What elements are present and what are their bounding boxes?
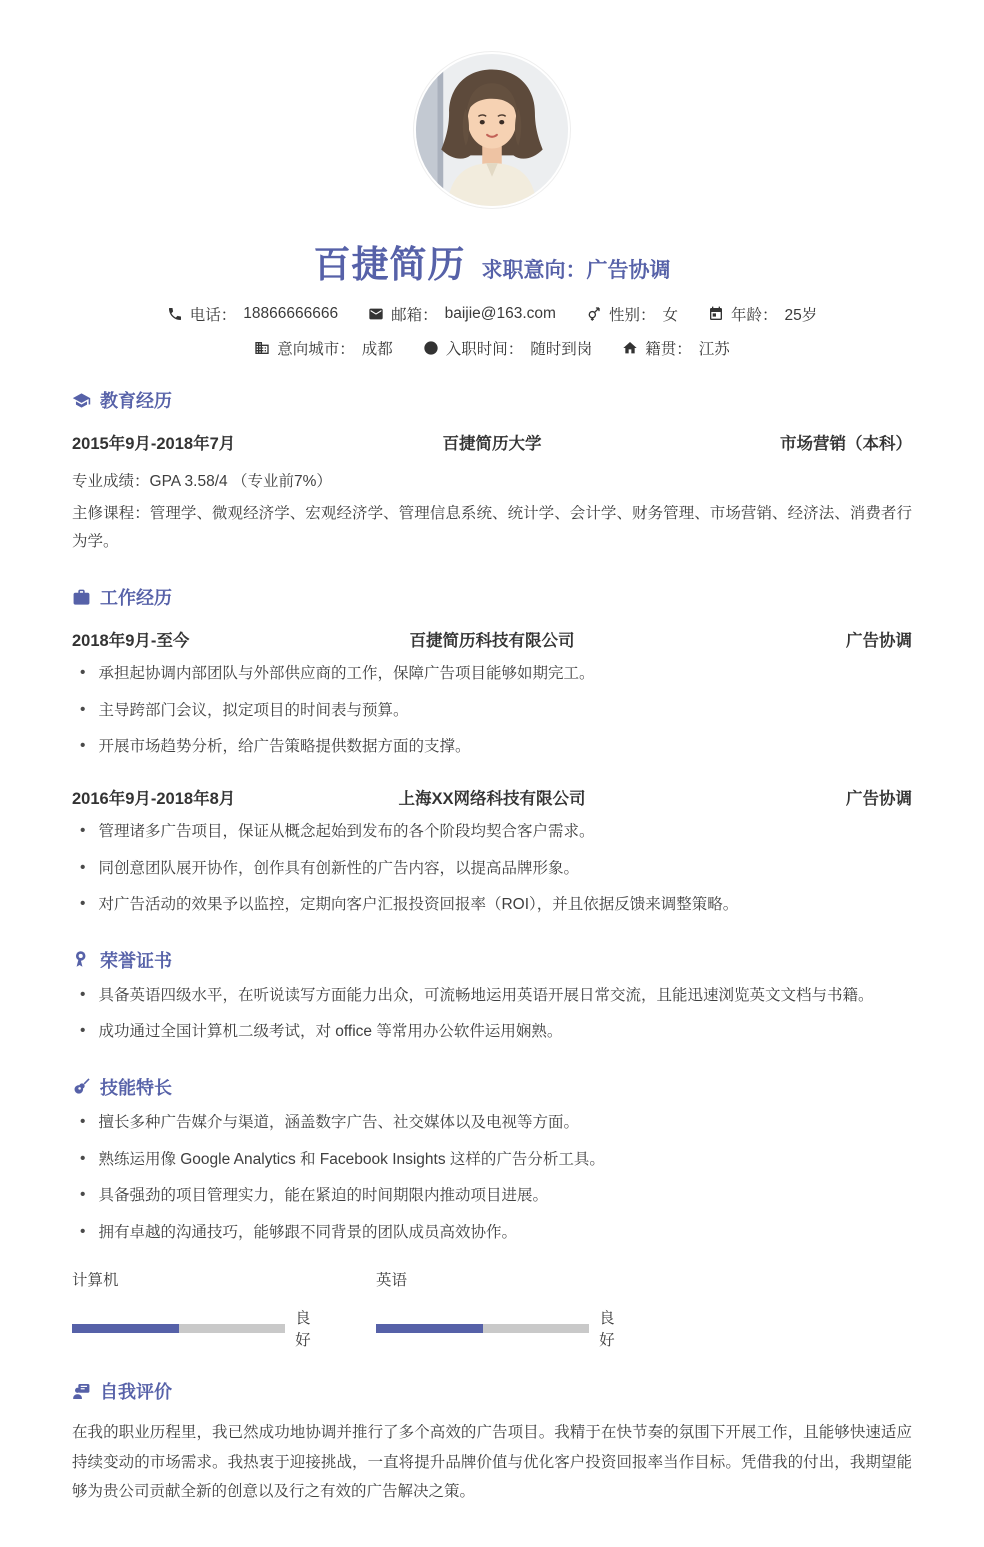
- bullet-dot: •: [80, 1108, 85, 1136]
- education-school: 百捷简历大学: [352, 430, 632, 454]
- education-row: 2015年9月-2018年7月 百捷简历大学 市场营销（本科）: [72, 430, 912, 454]
- skill-bullet: •熟练运用像 Google Analytics 和 Facebook Insig…: [72, 1146, 912, 1174]
- job-bullet: •同创意团队展开协作，创作具有创新性的广告内容，以提高品牌形象。: [72, 855, 912, 883]
- section-self-evaluation: 自我评价 在我的职业历程里，我已然成功地协调并推行了多个高效的广告项目。我精于在…: [72, 1378, 912, 1506]
- bullet-text: 成功通过全国计算机二级考试，对 office 等常用办公软件运用娴熟。: [98, 1023, 562, 1040]
- contact-value: 女: [662, 303, 678, 325]
- score-value: GPA 3.58/4 （专业前7%）: [150, 473, 332, 490]
- job-role: 广告协调: [632, 785, 912, 809]
- bullet-text: 擅长多种广告媒介与渠道，涵盖数字广告、社交媒体以及电视等方面。: [98, 1114, 579, 1131]
- bullet-dot: •: [80, 981, 85, 1009]
- contact-hometown: 籍贯：江苏: [622, 337, 730, 359]
- medal-icon: [72, 950, 91, 969]
- contact-value: 江苏: [699, 337, 730, 359]
- resume-page: 百捷简历 求职意向：广告协调 电话：18866666666 邮箱：baijie@…: [0, 52, 984, 1547]
- job-bullet: •开展市场趋势分析，给广告策略提供数据方面的支撑。: [72, 733, 912, 761]
- bullet-dot: •: [80, 854, 85, 882]
- building-icon: [254, 340, 270, 356]
- bullet-dot: •: [80, 1181, 85, 1209]
- section-education-header: 教育经历: [72, 387, 912, 413]
- education-courses-line: 主修课程：管理学、微观经济学、宏观经济学、管理信息系统、统计学、会计学、财务管理…: [72, 500, 912, 556]
- contact-value: 18866666666: [243, 305, 338, 323]
- section-title: 工作经历: [100, 584, 172, 610]
- home-icon: [622, 340, 638, 356]
- contact-label: 年龄：: [731, 303, 778, 325]
- contact-email: 邮箱：baijie@163.com: [368, 303, 556, 325]
- bullet-text: 承担起协调内部团队与外部供应商的工作，保障广告项目能够如期完工。: [98, 665, 594, 682]
- skill-bar-track: [72, 1324, 285, 1333]
- contact-row-1: 电话：18866666666 邮箱：baijie@163.com 性别：女 年龄…: [72, 303, 912, 325]
- profile-photo: [414, 52, 570, 208]
- section-education: 教育经历 2015年9月-2018年7月 百捷简历大学 市场营销（本科） 专业成…: [72, 387, 912, 556]
- section-work-header: 工作经历: [72, 584, 912, 610]
- bullet-dot: •: [80, 1218, 85, 1246]
- contact-label: 电话：: [190, 303, 237, 325]
- calendar-icon: [708, 306, 724, 322]
- bullet-text: 拥有卓越的沟通技巧，能够跟不同背景的团队成员高效协作。: [98, 1224, 517, 1241]
- guitar-icon: [72, 1077, 91, 1096]
- section-skills: 技能特长 •擅长多种广告媒介与渠道，涵盖数字广告、社交媒体以及电视等方面。 •熟…: [72, 1074, 912, 1350]
- job-bullet: •对广告活动的效果予以监控，定期向客户汇报投资回报率（ROI），并且依据反馈来调…: [72, 891, 912, 919]
- skill-bar-english: 英语 良好: [376, 1268, 630, 1350]
- skill-bullet: •擅长多种广告媒介与渠道，涵盖数字广告、社交媒体以及电视等方面。: [72, 1109, 912, 1137]
- contact-value: 25岁: [785, 303, 818, 325]
- contact-label: 性别：: [609, 303, 656, 325]
- section-skills-header: 技能特长: [72, 1074, 912, 1100]
- bullet-dot: •: [80, 659, 85, 687]
- job-company: 上海XX网络科技有限公司: [352, 785, 632, 809]
- phone-icon: [167, 306, 183, 322]
- education-score-line: 专业成绩：GPA 3.58/4 （专业前7%）: [72, 468, 912, 496]
- contact-value: 成都: [362, 337, 393, 359]
- mail-icon: [368, 306, 384, 322]
- contact-city: 意向城市：成都: [254, 337, 393, 359]
- candidate-name: 百捷简历: [314, 234, 466, 288]
- skill-bar-track: [376, 1324, 589, 1333]
- section-title: 自我评价: [100, 1378, 172, 1404]
- job-row: 2018年9月-至今 百捷简历科技有限公司 广告协调: [72, 627, 912, 651]
- job-bullet: •主导跨部门会议，拟定项目的时间表与预算。: [72, 697, 912, 725]
- honor-bullet: •具备英语四级水平，在听说读写方面能力出众，可流畅地运用英语开展日常交流，且能迅…: [72, 982, 912, 1010]
- contact-label: 入职时间：: [446, 337, 524, 359]
- skill-bar-name: 英语: [376, 1268, 630, 1290]
- job-company: 百捷简历科技有限公司: [352, 627, 632, 651]
- contact-gender: 性别：女: [586, 303, 678, 325]
- contact-phone: 电话：18866666666: [167, 303, 338, 325]
- contact-age: 年龄：25岁: [708, 303, 817, 325]
- skill-bars: 计算机 良好 英语 良好: [72, 1268, 912, 1350]
- clock-icon: [423, 340, 439, 356]
- job-intent: 求职意向：广告协调: [482, 254, 671, 284]
- bullet-text: 主导跨部门会议，拟定项目的时间表与预算。: [98, 702, 408, 719]
- courses-value: 管理学、微观经济学、宏观经济学、管理信息系统、统计学、会计学、财务管理、市场营销…: [72, 505, 912, 550]
- section-title: 荣誉证书: [100, 947, 172, 973]
- skill-bullet: •拥有卓越的沟通技巧，能够跟不同背景的团队成员高效协作。: [72, 1219, 912, 1247]
- score-label: 专业成绩：: [72, 473, 150, 490]
- education-major: 市场营销（本科）: [632, 430, 912, 454]
- skill-bar-level: 良好: [599, 1306, 630, 1350]
- section-honors-header: 荣誉证书: [72, 947, 912, 973]
- job-role: 广告协调: [632, 627, 912, 651]
- section-title: 教育经历: [100, 387, 172, 413]
- courses-label: 主修课程：: [72, 505, 150, 522]
- honor-bullet: •成功通过全国计算机二级考试，对 office 等常用办公软件运用娴熟。: [72, 1018, 912, 1046]
- contact-start-time: 入职时间：随时到岗: [423, 337, 593, 359]
- graduation-cap-icon: [72, 391, 91, 410]
- skill-bar-fill: [376, 1324, 483, 1333]
- contact-label: 意向城市：: [277, 337, 355, 359]
- section-honors: 荣誉证书 •具备英语四级水平，在听说读写方面能力出众，可流畅地运用英语开展日常交…: [72, 947, 912, 1046]
- bullet-text: 对广告活动的效果予以监控，定期向客户汇报投资回报率（ROI），并且依据反馈来调整…: [98, 896, 738, 913]
- skill-bar-name: 计算机: [72, 1268, 326, 1290]
- briefcase-icon: [72, 588, 91, 607]
- contact-label: 邮箱：: [391, 303, 438, 325]
- section-work: 工作经历 2018年9月-至今 百捷简历科技有限公司 广告协调 •承担起协调内部…: [72, 584, 912, 918]
- bullet-dot: •: [80, 890, 85, 918]
- section-title: 技能特长: [100, 1074, 172, 1100]
- person-comment-icon: [72, 1382, 91, 1401]
- skill-bar-level: 良好: [295, 1306, 326, 1350]
- contact-value: 随时到岗: [530, 337, 592, 359]
- title-row: 百捷简历 求职意向：广告协调: [72, 234, 912, 288]
- bullet-dot: •: [80, 1145, 85, 1173]
- bullet-dot: •: [80, 1017, 85, 1045]
- bullet-text: 熟练运用像 Google Analytics 和 Facebook Insigh…: [98, 1151, 604, 1168]
- skill-bar-computer: 计算机 良好: [72, 1268, 326, 1350]
- self-evaluation-text: 在我的职业历程里，我已然成功地协调并推行了多个高效的广告项目。我精于在快节奏的氛…: [72, 1418, 912, 1506]
- bullet-text: 具备英语四级水平，在听说读写方面能力出众，可流畅地运用英语开展日常交流，且能迅速…: [98, 987, 873, 1004]
- bullet-dot: •: [80, 696, 85, 724]
- job-bullet: •管理诸多广告项目，保证从概念起始到发布的各个阶段均契合客户需求。: [72, 818, 912, 846]
- job-bullet: •承担起协调内部团队与外部供应商的工作，保障广告项目能够如期完工。: [72, 660, 912, 688]
- section-self-evaluation-header: 自我评价: [72, 1378, 912, 1404]
- profile-photo-illustration: [414, 52, 570, 208]
- skill-bullet: •具备强劲的项目管理实力，能在紧迫的时间期限内推动项目进展。: [72, 1182, 912, 1210]
- gender-icon: [586, 306, 602, 322]
- skill-bar-fill: [72, 1324, 179, 1333]
- bullet-dot: •: [80, 732, 85, 760]
- bullet-text: 同创意团队展开协作，创作具有创新性的广告内容，以提高品牌形象。: [98, 860, 579, 877]
- job-row: 2016年9月-2018年8月 上海XX网络科技有限公司 广告协调: [72, 785, 912, 809]
- bullet-text: 具备强劲的项目管理实力，能在紧迫的时间期限内推动项目进展。: [98, 1187, 548, 1204]
- contact-row-2: 意向城市：成都 入职时间：随时到岗 籍贯：江苏: [72, 337, 912, 359]
- education-period: 2015年9月-2018年7月: [72, 430, 352, 454]
- job-period: 2016年9月-2018年8月: [72, 785, 352, 809]
- contact-label: 籍贯：: [645, 337, 692, 359]
- bullet-dot: •: [80, 817, 85, 845]
- bullet-text: 管理诸多广告项目，保证从概念起始到发布的各个阶段均契合客户需求。: [98, 823, 594, 840]
- contact-value: baijie@163.com: [445, 305, 556, 323]
- bullet-text: 开展市场趋势分析，给广告策略提供数据方面的支撑。: [98, 738, 470, 755]
- job-period: 2018年9月-至今: [72, 627, 352, 651]
